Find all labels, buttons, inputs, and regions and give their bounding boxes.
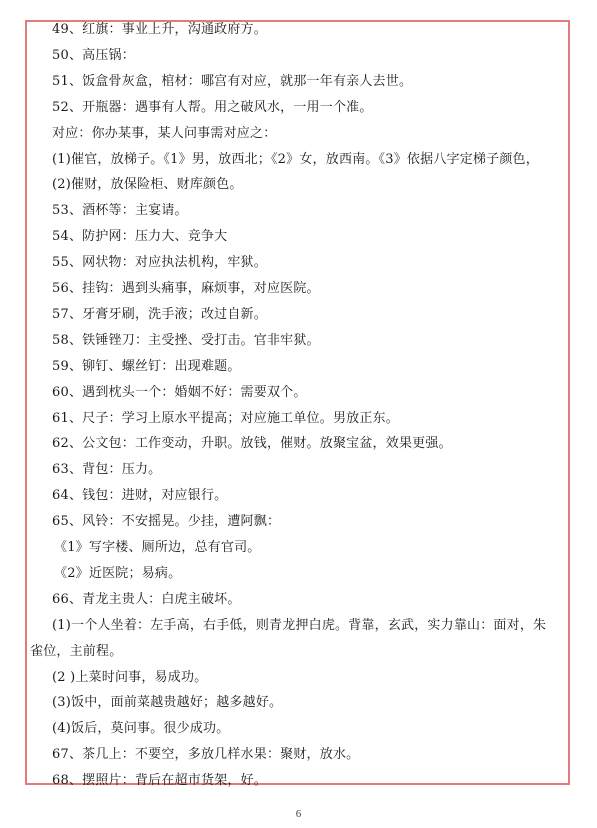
text-line: 51、饭盒骨灰盒，棺材：哪宫有对应，就那一年有亲人去世。 — [52, 74, 412, 90]
text-line: 56、挂钩：遇到头痛事，麻烦事，对应医院。 — [52, 281, 320, 297]
text-line: (4)饭后，莫问事。很少成功。 — [52, 721, 229, 737]
text-line: 49、红旗：事业上升，沟通政府方。 — [52, 22, 267, 38]
text-line: (1)一个人坐着：左手高，右手低，则青龙押白虎。背靠，玄武，实力靠山：面对，朱 — [52, 618, 546, 634]
text-line: (2 )上菜时问事，易成功。 — [52, 670, 207, 686]
text-line: 50、高压锅： — [52, 48, 135, 64]
text-line: 《1》写字楼、厕所边，总有官司。 — [54, 540, 260, 556]
text-line: 53、酒杯等：主宴请。 — [52, 203, 188, 219]
text-line: 52、开瓶器：遇事有人帮。用之破风水，一用一个准。 — [52, 100, 373, 116]
text-line: 62、公文包：工作变动，升职。放钱，催财。放聚宝盆，效果更强。 — [52, 436, 452, 452]
text-line: (2)催财，放保险柜、财库颜色。 — [52, 177, 243, 193]
text-line: 65、风铃：不安摇晃。少挂，遭阿飘： — [52, 514, 280, 530]
text-line: (3)饭中，面前菜越贵越好；越多越好。 — [52, 695, 282, 711]
text-line: 59、铆钉、螺丝钉：出现难题。 — [52, 359, 241, 375]
text-line: 67、茶几上：不要空，多放几样水果：聚财，放水。 — [52, 747, 359, 763]
text-line: 60、遇到枕头一个：婚姻不好：需要双个。 — [52, 385, 307, 401]
text-line: 58、铁锤锉刀：主受挫、受打击。官非牢狱。 — [52, 333, 320, 349]
text-line: 57、牙膏牙刷，洗手液；改过自新。 — [52, 307, 267, 323]
text-line: 54、防护网：压力大、竞争大 — [52, 229, 227, 245]
text-line: 68、摆照片：背后在超市货架，好。 — [52, 773, 267, 789]
text-line: 64、钱包：进财，对应银行。 — [52, 488, 227, 504]
text-line: 63、背包：压力。 — [52, 462, 161, 478]
text-line: 雀位，主前程。 — [30, 644, 122, 660]
text-line: 对应：你办某事，某人问事需对应之： — [52, 126, 276, 142]
text-line: 《2》近医院；易病。 — [54, 566, 181, 582]
text-line: (1)催官，放梯子。《1》男，放西北；《2》女，放西南。《3》依据八字定梯子颜色… — [52, 152, 539, 168]
text-line: 61、尺子：学习上原水平提高；对应施工单位。男放正东。 — [52, 411, 399, 427]
text-line: 66、青龙主贵人：白虎主破坏。 — [52, 592, 241, 608]
page-number: 6 — [0, 808, 597, 820]
text-line: 55、网状物：对应执法机构，牢狱。 — [52, 255, 267, 271]
